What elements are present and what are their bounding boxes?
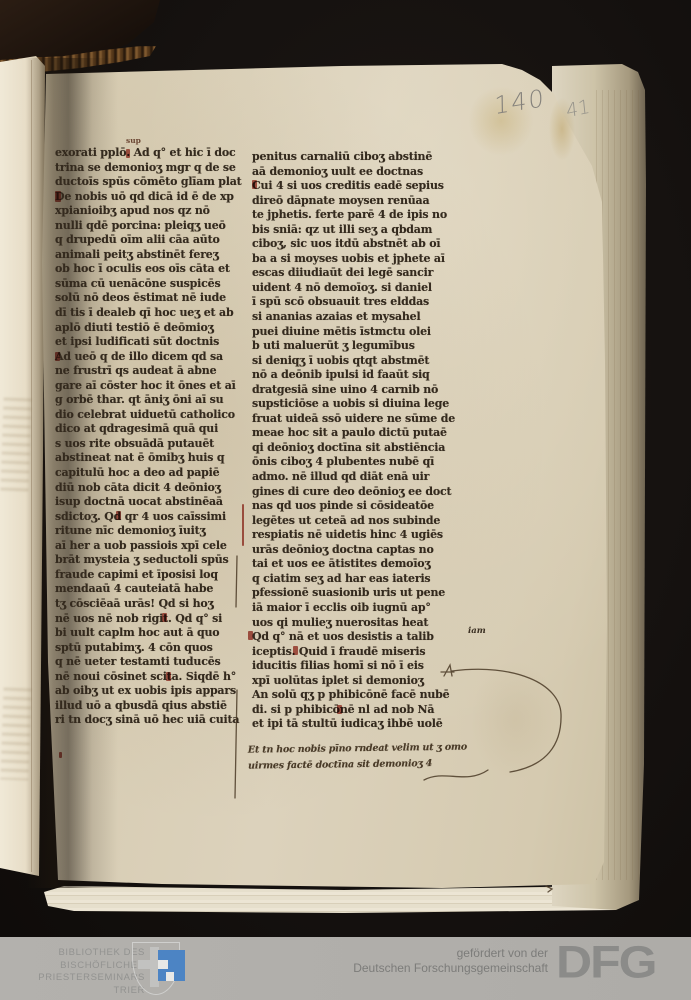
manuscript-marginal-addition: Et tn hoc nobis pīno rndeat velim ut ʒ o… bbox=[248, 739, 483, 774]
manuscript-text-line: q drupedū oīm alii cāa aūto bbox=[55, 233, 250, 248]
manuscript-text-line: xpianioibʒ apud nos qz nō bbox=[55, 204, 250, 219]
manuscript-text-line: pfessionē suasionib uris ut pene bbox=[252, 586, 467, 601]
rubric-mark bbox=[116, 511, 121, 520]
manuscript-text-line: illud uō a qbusdā qius abstiē bbox=[55, 699, 250, 714]
priesterseminar-trier-logo-icon bbox=[128, 940, 194, 997]
manuscript-text-line: aī her a uob passiois xpī cele bbox=[55, 539, 250, 554]
manuscript-text-line: mendaaū 4 cauteiatā habe bbox=[55, 582, 250, 597]
manuscript-text-line: dico at qdragesimā quā qui bbox=[55, 422, 250, 437]
rubric-mark bbox=[337, 705, 342, 714]
funding-credit: gefördert von der Deutschen Forschungsge… bbox=[290, 946, 548, 975]
margin-note: iam bbox=[468, 626, 486, 636]
digitized-manuscript-photo: exorati pplō. Ad q° et hic ī doctrina se… bbox=[0, 0, 691, 1000]
rubric-mark bbox=[242, 504, 244, 546]
manuscript-text-line: gare aī cōster hoc it ōnes et aī bbox=[55, 379, 250, 394]
manuscript-text-line: De nobis uō qd dicā id ē de xp bbox=[55, 190, 250, 205]
manuscript-text-line: qi deōnioʒ doctīna sit abstiēncia bbox=[252, 441, 467, 456]
manuscript-text-line: Ad ueō q de illo dicem qd sa bbox=[55, 350, 250, 365]
digitization-footer-banner: BIBLIOTHEK DES BISCHÖFLICHEN PRIESTERSEM… bbox=[0, 937, 691, 1000]
manuscript-text-line: q nē ueter testamti tuducēs bbox=[55, 655, 250, 670]
rubric-mark bbox=[166, 672, 171, 681]
manuscript-text-line: fraude capimi et īposisi loq bbox=[55, 568, 250, 583]
show-through-text bbox=[0, 398, 31, 495]
funding-credit-line2: Deutschen Forschungsgemeinschaft bbox=[290, 961, 548, 976]
rubric-mark bbox=[248, 631, 253, 640]
manuscript-text-line: nē noui cōsinet scita. Siqdē h° bbox=[55, 670, 250, 685]
manuscript-text-line: trina se demonioʒ mgr q de se bbox=[55, 161, 250, 176]
manuscript-text-line: penitus carnaliū ciboʒ abstinē bbox=[252, 150, 467, 165]
manuscript-text-line: ri tn docʒ sinā uō hec uiā cuita bbox=[55, 713, 250, 728]
manuscript-text-line: tai et uos ee ātistites demoīoʒ bbox=[252, 557, 467, 572]
manuscript-text-line: s uos rite obsuādā putauēt bbox=[55, 437, 250, 452]
library-name-line3: PRIESTERSEMINARS TRIER bbox=[4, 972, 145, 997]
manuscript-text-line: xpī uolūtas iplet si demonioʒ bbox=[252, 674, 467, 689]
dfg-logo: DFG bbox=[556, 936, 656, 988]
blue-cross-notch bbox=[166, 972, 174, 981]
manuscript-text-line: isup doctnā uocat abstinēaā bbox=[55, 495, 250, 510]
manuscript-text-line: Cui 4 si uos creditis eadē sepius bbox=[252, 179, 467, 194]
manuscript-text-line: meae hoc sit a paulo dictū putaē bbox=[252, 426, 467, 441]
manuscript-text-line: animali peitʒ abstinēt fereʒ bbox=[55, 248, 250, 263]
manuscript-text-line: Qd q° nā et uos desistis a talib bbox=[252, 630, 467, 645]
rubric-mark bbox=[252, 180, 257, 189]
rubric-mark bbox=[162, 613, 167, 622]
manuscript-text-line: dratgesiā sine uino 4 carnib nō bbox=[252, 383, 467, 398]
manuscript-text-line: ob hoc ī oculis eos oīs cāta et bbox=[55, 262, 250, 277]
manuscript-text-line: bis sniā: qz ut illi seʒ a qbdam bbox=[252, 223, 467, 238]
manuscript-text-line: uirmes factē doctīna sit demonioʒ 4 bbox=[248, 755, 483, 774]
manuscript-text-line: sdictoʒ. Qd qr 4 uos caīssimi bbox=[55, 510, 250, 525]
manuscript-text-line: ne frustrī qs audeat ā abne bbox=[55, 364, 250, 379]
manuscript-text-line: capitulū hoc a deo ad papiē bbox=[55, 466, 250, 481]
manuscript-text-line: ciboʒ, sic uos itdū abstnēt ab oī bbox=[252, 237, 467, 252]
manuscript-text-line: g orbē thar. qt āniʒ ōni aī su bbox=[55, 393, 250, 408]
manuscript-text-line: tʒ cōsciēaā urās! Qd si hoʒ bbox=[55, 597, 250, 612]
manuscript-text-line: uos qi mulieʒ nuerositas heat bbox=[252, 616, 467, 631]
manuscript-text-line: fruat uideā ssō uidere ne sūme de bbox=[252, 412, 467, 427]
manuscript-text-line: ba a si moyses uobis et jphete aī bbox=[252, 252, 467, 267]
rubric-mark bbox=[293, 646, 298, 655]
rubric-mark bbox=[59, 752, 62, 758]
manuscript-text-line: q ciatim seʒ ad har eas iateris bbox=[252, 572, 467, 587]
manuscript-text-line: diū nob cāta dicit 4 deōnioʒ bbox=[55, 481, 250, 496]
manuscript-text-line: supsticiōse a uobis si diuina lege bbox=[252, 397, 467, 412]
rubric-mark bbox=[126, 149, 130, 158]
library-name-line2: BISCHÖFLICHEN bbox=[4, 960, 145, 973]
manuscript-text-line: direō dāpnate moysen renūaa bbox=[252, 194, 467, 209]
manuscript-text-line: nas qd uos pinde si cōsideatōe bbox=[252, 499, 467, 514]
manuscript-text-line: solū nō deos ēstimat nē iude bbox=[55, 291, 250, 306]
manuscript-text-line: di. si p phibicōnē nl ad nob Nā bbox=[252, 703, 467, 718]
manuscript-text-line: ritune nīc demonioʒ īuitʒ bbox=[55, 524, 250, 539]
facing-page-crease bbox=[31, 60, 32, 872]
bottom-page-stack-edge bbox=[44, 884, 622, 914]
manuscript-text-line: nē uos nē nob rigit. Qd q° si bbox=[55, 612, 250, 627]
manuscript-text-line: iducitis filias homī si nō ī eis bbox=[252, 659, 467, 674]
manuscript-text-line: te jphetis. ferte parē 4 de ipis no bbox=[252, 208, 467, 223]
manuscript-text-line: dī tis ī dealeb qī hoc ueʒ et ab bbox=[55, 306, 250, 321]
manuscript-text-line: puei diuine mētis īstmctu olei bbox=[252, 325, 467, 340]
manuscript-text-line: bi uult caplm hoc aut ā quo bbox=[55, 626, 250, 641]
manuscript-text-line: nō a deōnib ipulsi id faaūt siq bbox=[252, 368, 467, 383]
manuscript-text-line: aplō diuti testiō ē deōmioʒ bbox=[55, 321, 250, 336]
manuscript-text-line: nulli qdē porcina: pleiqʒ ueō bbox=[55, 219, 250, 234]
rubric-mark bbox=[55, 191, 61, 202]
manuscript-text-line: ōnis ciboʒ 4 plubentes nubē qī bbox=[252, 455, 467, 470]
funding-credit-line1: gefördert von der bbox=[290, 946, 548, 961]
manuscript-text-line: uident 4 nō demoīoʒ. si daniel bbox=[252, 281, 467, 296]
manuscript-text-line: aā demonioʒ uult ee doctnas bbox=[252, 165, 467, 180]
manuscript-text-line: sūma cū uenācōne suspicēs bbox=[55, 277, 250, 292]
manuscript-right-column: penitus carnaliū ciboʒ abstinēaā demonio… bbox=[252, 150, 467, 732]
manuscript-left-column: exorati pplō. Ad q° et hic ī doctrina se… bbox=[55, 146, 250, 728]
manuscript-text-line: b uti maluerūt ʒ legumībus bbox=[252, 339, 467, 354]
library-name: BIBLIOTHEK DES BISCHÖFLICHEN PRIESTERSEM… bbox=[4, 947, 145, 997]
manuscript-text-line: ī spū scō obsuauit tres elddas bbox=[252, 295, 467, 310]
manuscript-text-line: brāt mysteia ʒ seductoli spūs bbox=[55, 553, 250, 568]
manuscript-text-line: et ipi tā stultū iudicaʒ ihbē uolē bbox=[252, 717, 467, 732]
library-name-line1: BIBLIOTHEK DES bbox=[4, 947, 145, 960]
manuscript-text-line: ductoīs spūs cōmēto glīam plat bbox=[55, 175, 250, 190]
manuscript-text-line: si deniqʒ ī uobis qtqt abstmēt bbox=[252, 354, 467, 369]
manuscript-text-line: et ipsi ludificati sūt doctnis bbox=[55, 335, 250, 350]
manuscript-text-line: gines di cure deo deōnioʒ ee doct bbox=[252, 485, 467, 500]
manuscript-text-line: sptū putabimʒ. 4 cōn quos bbox=[55, 641, 250, 656]
manuscript-text-line: iā maior ī ecclis oib iugnū ap° bbox=[252, 601, 467, 616]
manuscript-text-line: escas diiudiaūt dei legē sancir bbox=[252, 266, 467, 281]
manuscript-text-line: legētes ut ceteā ad nos subinde bbox=[252, 514, 467, 529]
manuscript-text-line: exorati pplō. Ad q° et hic ī doc bbox=[55, 146, 250, 161]
show-through-text bbox=[0, 688, 31, 781]
manuscript-text-line: ab oibʒ ut ex uobis ipis appars bbox=[55, 684, 250, 699]
manuscript-text-line: admo. nē illud qd diāt enā uir bbox=[252, 470, 467, 485]
rubric-mark bbox=[55, 352, 60, 361]
manuscript-text-line: respiatis nē uidetis hinc 4 ugiēs bbox=[252, 528, 467, 543]
blue-cross-notch bbox=[158, 960, 168, 969]
manuscript-text-line: iceptis. Quid ī fraudē miseris bbox=[252, 645, 467, 660]
manuscript-text-line: urās deōnioʒ doctna captas no bbox=[252, 543, 467, 558]
manuscript-text-line: dio celebrat uiduetū catholico bbox=[55, 408, 250, 423]
interlinear-note: sup bbox=[126, 136, 141, 145]
manuscript-text-line: si ananias azaias et mysahel bbox=[252, 310, 467, 325]
manuscript-text-line: An solū qʒ p phibicōnē facē nubē bbox=[252, 688, 467, 703]
manuscript-text-line: abstineat nat ē ōmibʒ huis q bbox=[55, 451, 250, 466]
